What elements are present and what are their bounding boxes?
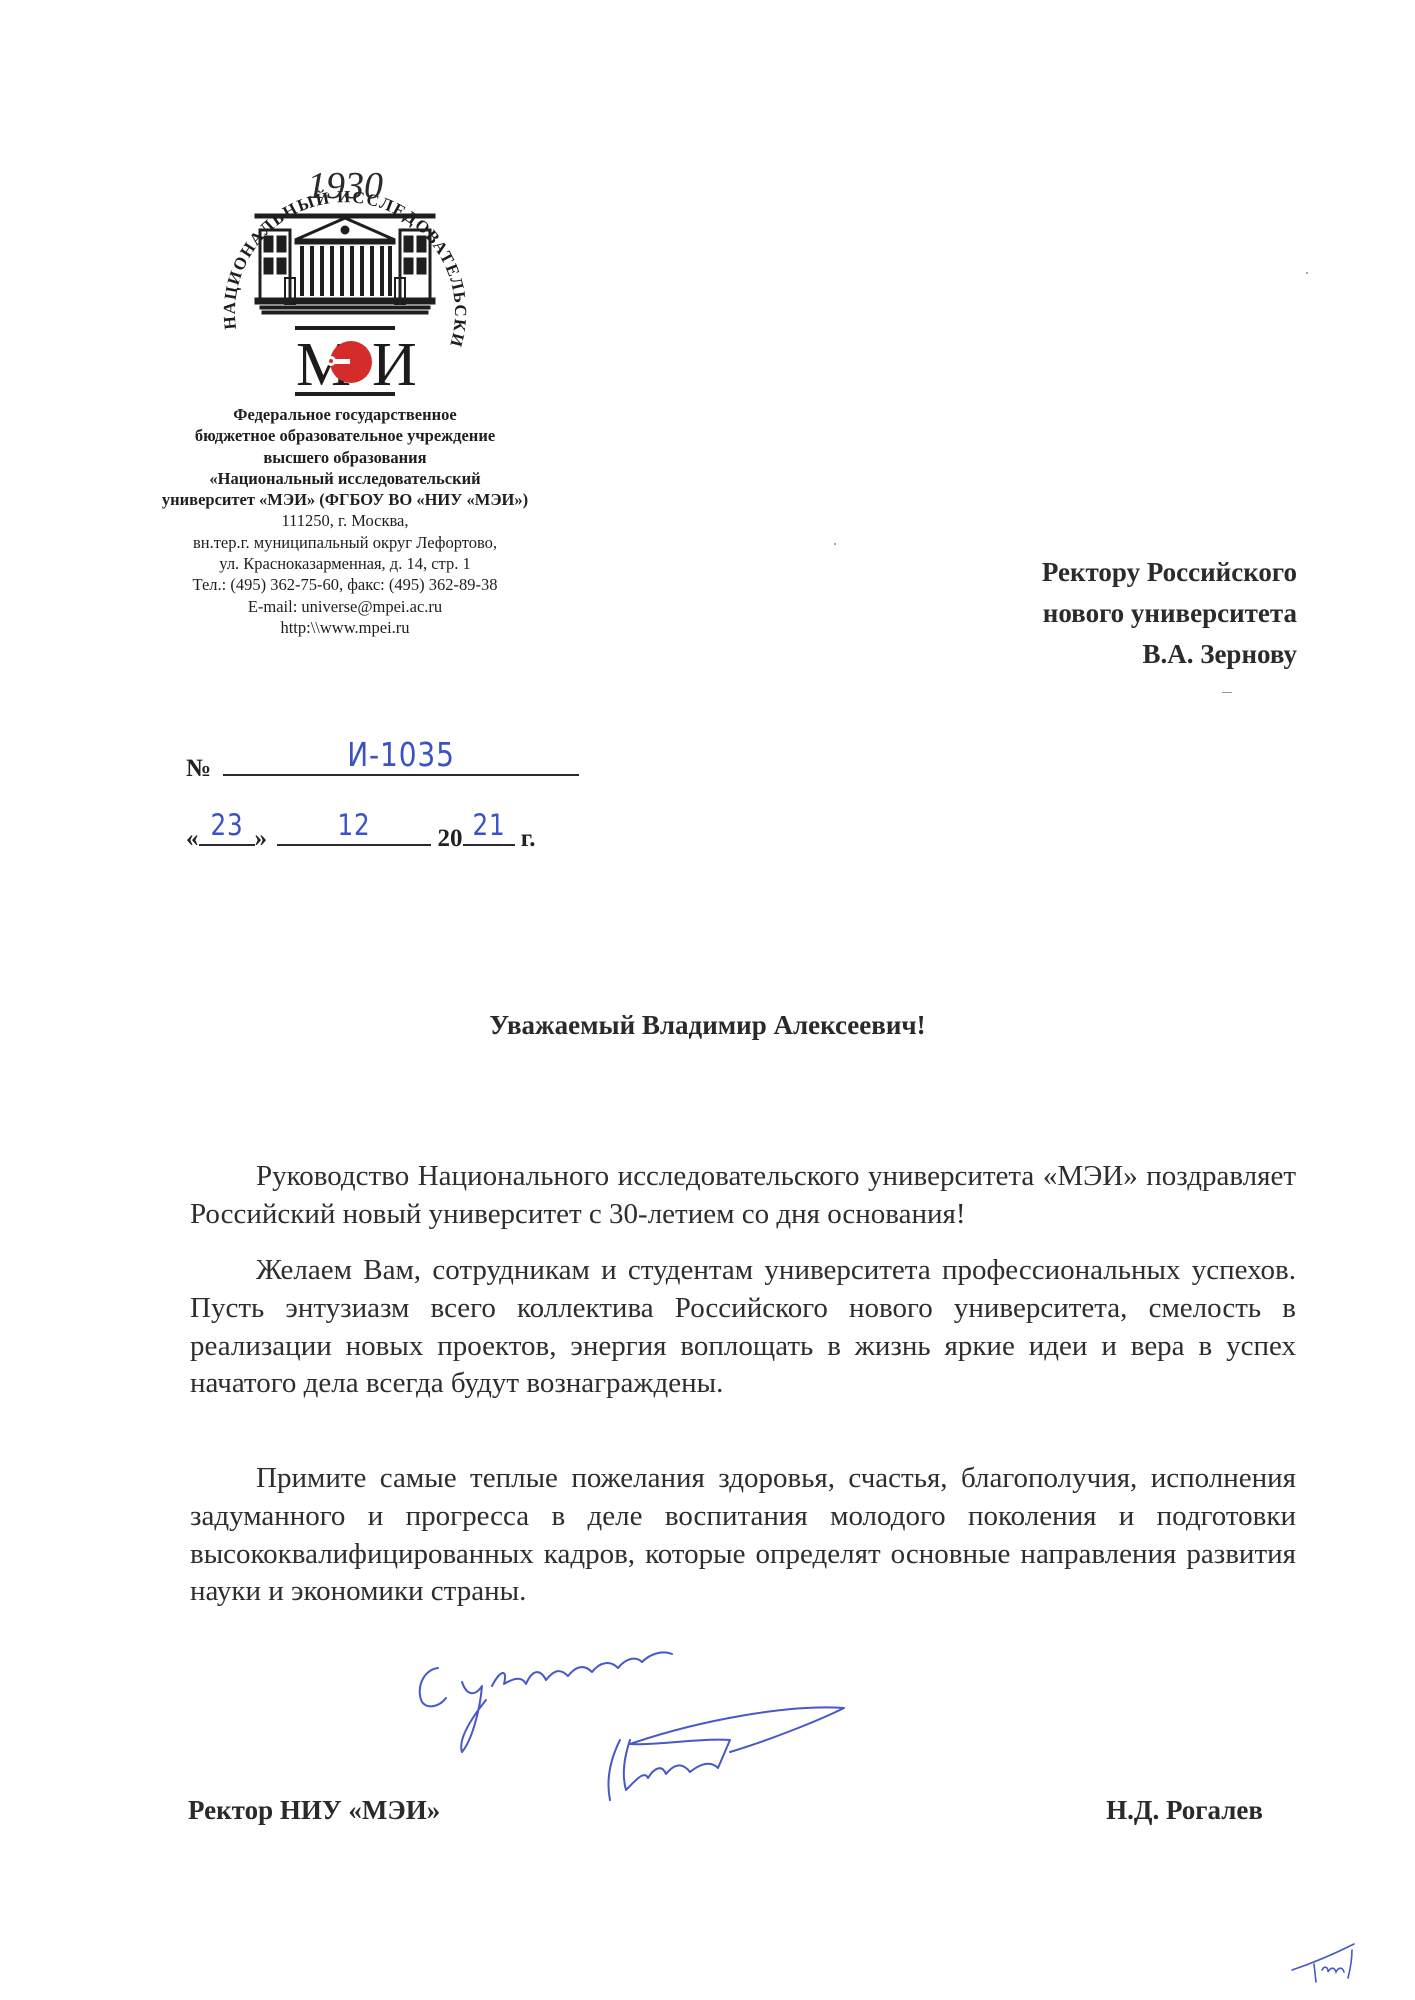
logo-letter-i: И — [372, 331, 417, 399]
university-logo: НАЦИОНАЛЬНЫЙ ИССЛЕДОВАТЕЛЬСКИЙ УНИВЕРСИТ… — [200, 130, 490, 415]
regards-c-stroke — [420, 1668, 446, 1706]
month-field: 12 — [277, 818, 431, 846]
registration-number: № И-1035 — [186, 748, 579, 783]
body-paragraph-1: Руководство Национального исследовательс… — [190, 1158, 1296, 1234]
date-close-quote: » — [255, 825, 268, 852]
recipient-block: Ректору Российского нового университета … — [1042, 552, 1297, 675]
paragraph-text: Примите самые теплые пожелания здоровья,… — [190, 1460, 1296, 1611]
org-website-link[interactable]: http:\\www.mpei.ru — [120, 617, 570, 638]
signature-icon — [400, 1640, 960, 1810]
recipient-name: В.А. Зернову — [1042, 634, 1297, 675]
month-value: 12 — [289, 808, 420, 842]
organization-details: Федеральное государственное бюджетное об… — [120, 404, 570, 638]
org-email-link[interactable]: E-mail: universe@mpei.ac.ru — [120, 596, 570, 617]
recipient-line: нового университета — [1042, 593, 1297, 634]
number-label: № — [186, 755, 211, 782]
number-field: И-1035 — [223, 748, 579, 776]
year-prefix: 20 — [438, 825, 463, 852]
org-address-line: 111250, г. Москва, — [120, 510, 570, 531]
scan-speck — [834, 543, 836, 545]
org-phone-line: Тел.: (495) 362-75-60, факс: (495) 362-8… — [120, 574, 570, 595]
scan-speck — [1306, 272, 1308, 274]
salutation: Уважаемый Владимир Алексеевич! — [0, 1010, 1415, 1041]
paragraph-text: Руководство Национального исследовательс… — [190, 1158, 1296, 1234]
logo-year: 1930 — [307, 165, 383, 207]
initials-icon — [1290, 1940, 1360, 1990]
date-open-quote: « — [186, 825, 199, 852]
org-address-line: вн.тер.г. муниципальный округ Лефортово, — [120, 532, 570, 553]
year-value: 21 — [466, 808, 510, 842]
paragraph-text: Желаем Вам, сотрудникам и студентам унив… — [190, 1252, 1296, 1403]
org-line: бюджетное образовательное учреждение — [120, 425, 570, 446]
mpei-emblem-icon: НАЦИОНАЛЬНЫЙ ИССЛЕДОВАТЕЛЬСКИЙ УНИВЕРСИТ… — [200, 130, 490, 415]
org-line: высшего образования — [120, 447, 570, 468]
org-line: «Национальный исследовательский — [120, 468, 570, 489]
body-paragraph-2: Желаем Вам, сотрудникам и студентам унив… — [190, 1252, 1296, 1403]
signatory-position: Ректор НИУ «МЭИ» — [188, 1795, 440, 1826]
day-field: 23 — [199, 818, 255, 846]
initials-mark — [1290, 1940, 1360, 1995]
year-field: 21 — [463, 818, 515, 846]
body-paragraph-3: Примите самые теплые пожелания здоровья,… — [190, 1460, 1296, 1611]
number-value: И-1035 — [250, 735, 553, 774]
handwritten-signature — [400, 1640, 960, 1815]
scan-mark — [1222, 692, 1232, 693]
org-line: Федеральное государственное — [120, 404, 570, 425]
registration-date: «23» 12 2021 г. — [186, 818, 536, 853]
year-label: г. — [521, 825, 536, 852]
recipient-line: Ректору Российского — [1042, 552, 1297, 593]
org-address-line: ул. Красноказарменная, д. 14, стр. 1 — [120, 553, 570, 574]
signatory-name: Н.Д. Рогалев — [1106, 1795, 1263, 1826]
university-building-icon — [255, 214, 435, 314]
day-value: 23 — [203, 808, 251, 842]
org-line: университет «МЭИ» (ФГБОУ ВО «НИУ «МЭИ») — [120, 489, 570, 510]
